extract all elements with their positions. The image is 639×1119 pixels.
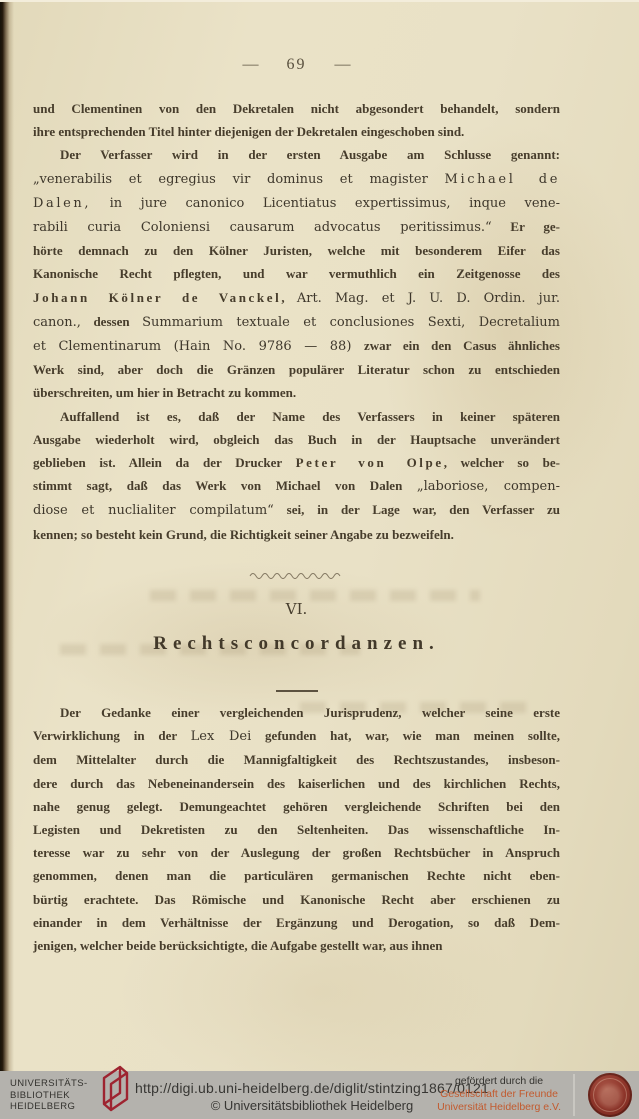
- text-line: nahe genug gelegt. Demungeachtet gehören…: [33, 795, 560, 818]
- header-dash-right: —: [335, 56, 351, 74]
- text-line: Ausgabe wiederholt wird, obgleich das Bu…: [33, 428, 560, 451]
- text-line: diose et nuclialiter compilatum“ sei, in…: [33, 498, 560, 522]
- university-seal-icon: [588, 1073, 632, 1117]
- text-line: geblieben ist. Allein da der Drucker Pet…: [33, 451, 560, 474]
- text-line: bürtig erachtete. Das Römische und Kanon…: [33, 888, 560, 911]
- text-line: jenigen, welcher beide berücksichtigte, …: [33, 934, 560, 957]
- book-gutter-shadow: [0, 2, 14, 1073]
- funding-line2: Gesellschaft der Freunde: [437, 1088, 561, 1101]
- library-name-line1: UNIVERSITÄTS-: [10, 1078, 88, 1090]
- funding-line1: gefördert durch die: [437, 1075, 561, 1088]
- text-line: Der Verfasser wird in der ersten Ausgabe…: [33, 143, 560, 166]
- scanned-page: — 69 — und Clementinen von den Dekretale…: [0, 0, 639, 1071]
- text-line: „venerabilis et egregius vir dominus et …: [33, 167, 560, 191]
- text-line: et Clementinarum (Hain No. 9786 — 88) zw…: [33, 334, 560, 358]
- text-line: teresse war zu sehr von der Auslegung de…: [33, 841, 560, 864]
- text-line: Auffallend ist es, daß der Name des Verf…: [33, 405, 560, 428]
- text-line: überschreiten, um hier in Betracht zu ko…: [33, 381, 560, 404]
- scanned-book-page-viewer: — 69 — und Clementinen von den Dekretale…: [0, 0, 639, 1119]
- text-line: Johann Kölner de Vanckel, Art. Mag. et J…: [33, 286, 560, 310]
- text-line: dere durch das Nebeneinandersein des kai…: [33, 772, 560, 795]
- text-line: genommen, denen man die particulären ger…: [33, 864, 560, 887]
- section-title: Rechtsconcordanzen.: [33, 633, 560, 655]
- text-line: ihre entsprechenden Titel hinter diejeni…: [33, 120, 560, 143]
- text-line: dem Mittelalter durch die Mannigfaltigke…: [33, 748, 560, 771]
- body-text-upper: und Clementinen von den Dekretalen nicht…: [33, 97, 560, 546]
- page-number: 69: [287, 56, 307, 74]
- wavy-divider-icon: [248, 571, 346, 579]
- text-line: kennen; so besteht kein Grund, die Richt…: [33, 523, 560, 546]
- text-line: hörte demnach zu den Kölner Juristen, we…: [33, 239, 560, 262]
- funding-line3: Universität Heidelberg e.V.: [437, 1101, 561, 1114]
- text-line: Verwirklichung in der Lex Dei gefunden h…: [33, 724, 560, 748]
- library-footer-banner: UNIVERSITÄTS- BIBLIOTHEK HEIDELBERG http…: [0, 1071, 639, 1119]
- text-line: Legisten und Dekretisten zu den Seltenhe…: [33, 818, 560, 841]
- header-dash-left: —: [243, 56, 259, 74]
- text-line: Der Gedanke einer vergleichenden Jurispr…: [33, 701, 560, 724]
- library-name: UNIVERSITÄTS- BIBLIOTHEK HEIDELBERG: [10, 1078, 88, 1113]
- section-number: VI.: [33, 600, 560, 618]
- text-line: rabili curia Coloniensi causarum advocat…: [33, 215, 560, 239]
- funding-credit: gefördert durch die Gesellschaft der Fre…: [437, 1075, 561, 1114]
- section-rule: [33, 679, 560, 697]
- text-line: Dalen, in jure canonico Licentiatus expe…: [33, 191, 560, 215]
- body-text-lower: Der Gedanke einer vergleichenden Jurispr…: [33, 701, 560, 957]
- text-line: canon., dessen Summarium textuale et con…: [33, 310, 560, 334]
- page-header: — 69 —: [33, 56, 560, 74]
- library-name-line2: BIBLIOTHEK: [10, 1090, 88, 1102]
- text-line: und Clementinen von den Dekretalen nicht…: [33, 97, 560, 120]
- text-line: stimmt sagt, daß das Werk von Michael vo…: [33, 474, 560, 498]
- text-line: einander in dem Verhältnisse der Ergänzu…: [33, 911, 560, 934]
- text-line: Kanonische Recht pflegten, und war vermu…: [33, 262, 560, 285]
- text-line: Werk sind, aber doch die Gränzen populär…: [33, 358, 560, 381]
- wavy-divider: [33, 566, 560, 584]
- library-name-line3: HEIDELBERG: [10, 1101, 88, 1113]
- footer-separator: [573, 1074, 575, 1116]
